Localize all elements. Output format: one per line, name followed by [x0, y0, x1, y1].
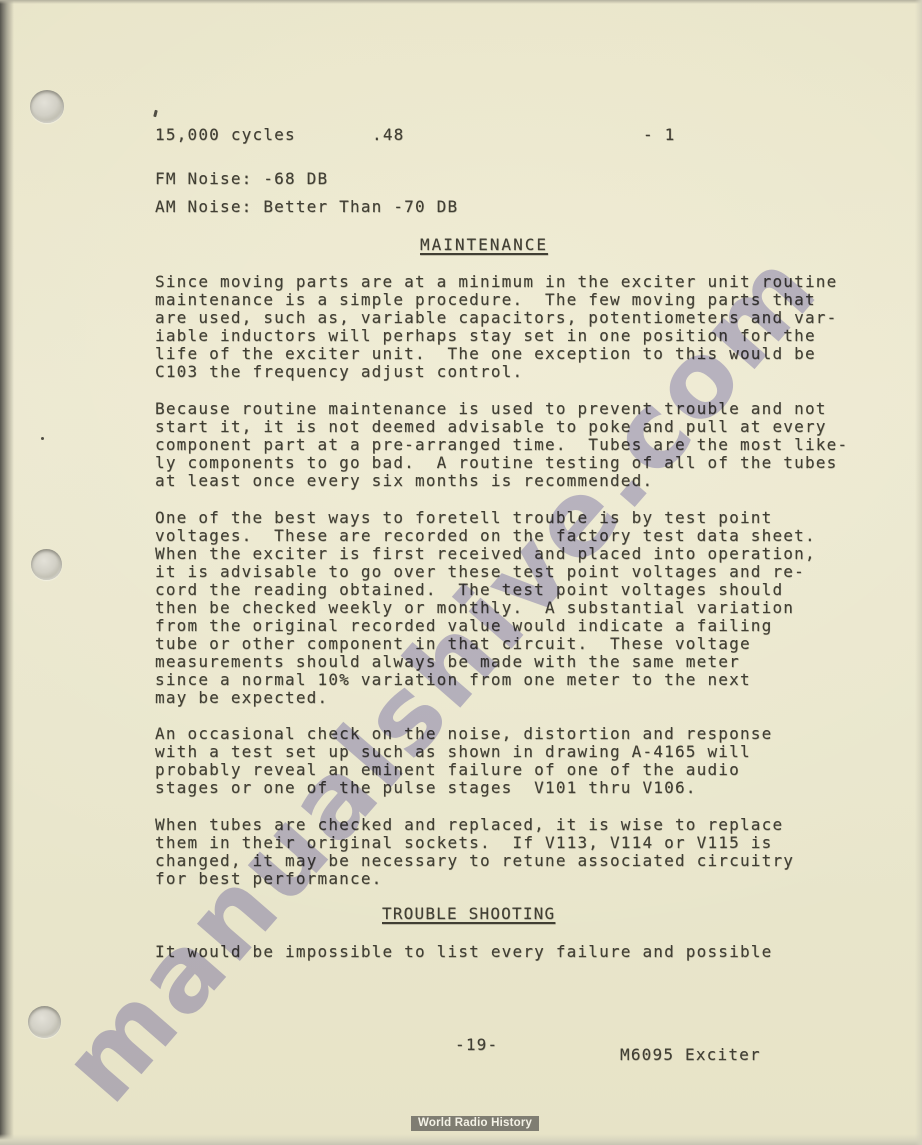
paragraph-maintenance-3: One of the best ways to foretell trouble… [155, 509, 816, 707]
scan-artifact [41, 437, 44, 440]
section-heading-maintenance: MAINTENANCE [420, 236, 548, 254]
scan-artifact [153, 110, 158, 118]
paragraph-maintenance-2: Because routine maintenance is used to p… [155, 400, 848, 490]
spec-frequency-label: 15,000 cycles [155, 126, 296, 144]
am-noise-line: AM Noise: Better Than -70 DB [155, 198, 458, 216]
scanned-manual-page: 15,000 cycles .48 - 1 FM Noise: -68 DB A… [0, 0, 922, 1145]
binder-hole-bottom [28, 1006, 61, 1038]
paragraph-maintenance-1: Since moving parts are at a minimum in t… [155, 273, 837, 381]
paragraph-troubleshooting-intro: It would be impossible to list every fai… [155, 943, 772, 961]
paragraph-maintenance-4: An occasional check on the noise, distor… [155, 725, 772, 797]
section-heading-trouble-shooting: TROUBLE SHOOTING [382, 905, 555, 923]
fm-noise-line: FM Noise: -68 DB [155, 170, 328, 188]
binder-hole-top [30, 90, 64, 123]
page-right-edge-shadow [915, 0, 922, 1145]
page-number: -19- [455, 1036, 498, 1054]
archive-badge: World Radio History [411, 1116, 539, 1131]
spec-note: - 1 [643, 126, 676, 144]
page-bottom-edge-shadow [0, 1134, 922, 1145]
binder-hole-middle [31, 549, 62, 580]
spec-frequency-value: .48 [372, 126, 405, 144]
paragraph-maintenance-5: When tubes are checked and replaced, it … [155, 816, 794, 888]
page-left-edge-shadow [0, 0, 14, 1145]
page-top-edge-shadow [0, 0, 922, 4]
document-reference: M6095 Exciter [620, 1046, 761, 1064]
